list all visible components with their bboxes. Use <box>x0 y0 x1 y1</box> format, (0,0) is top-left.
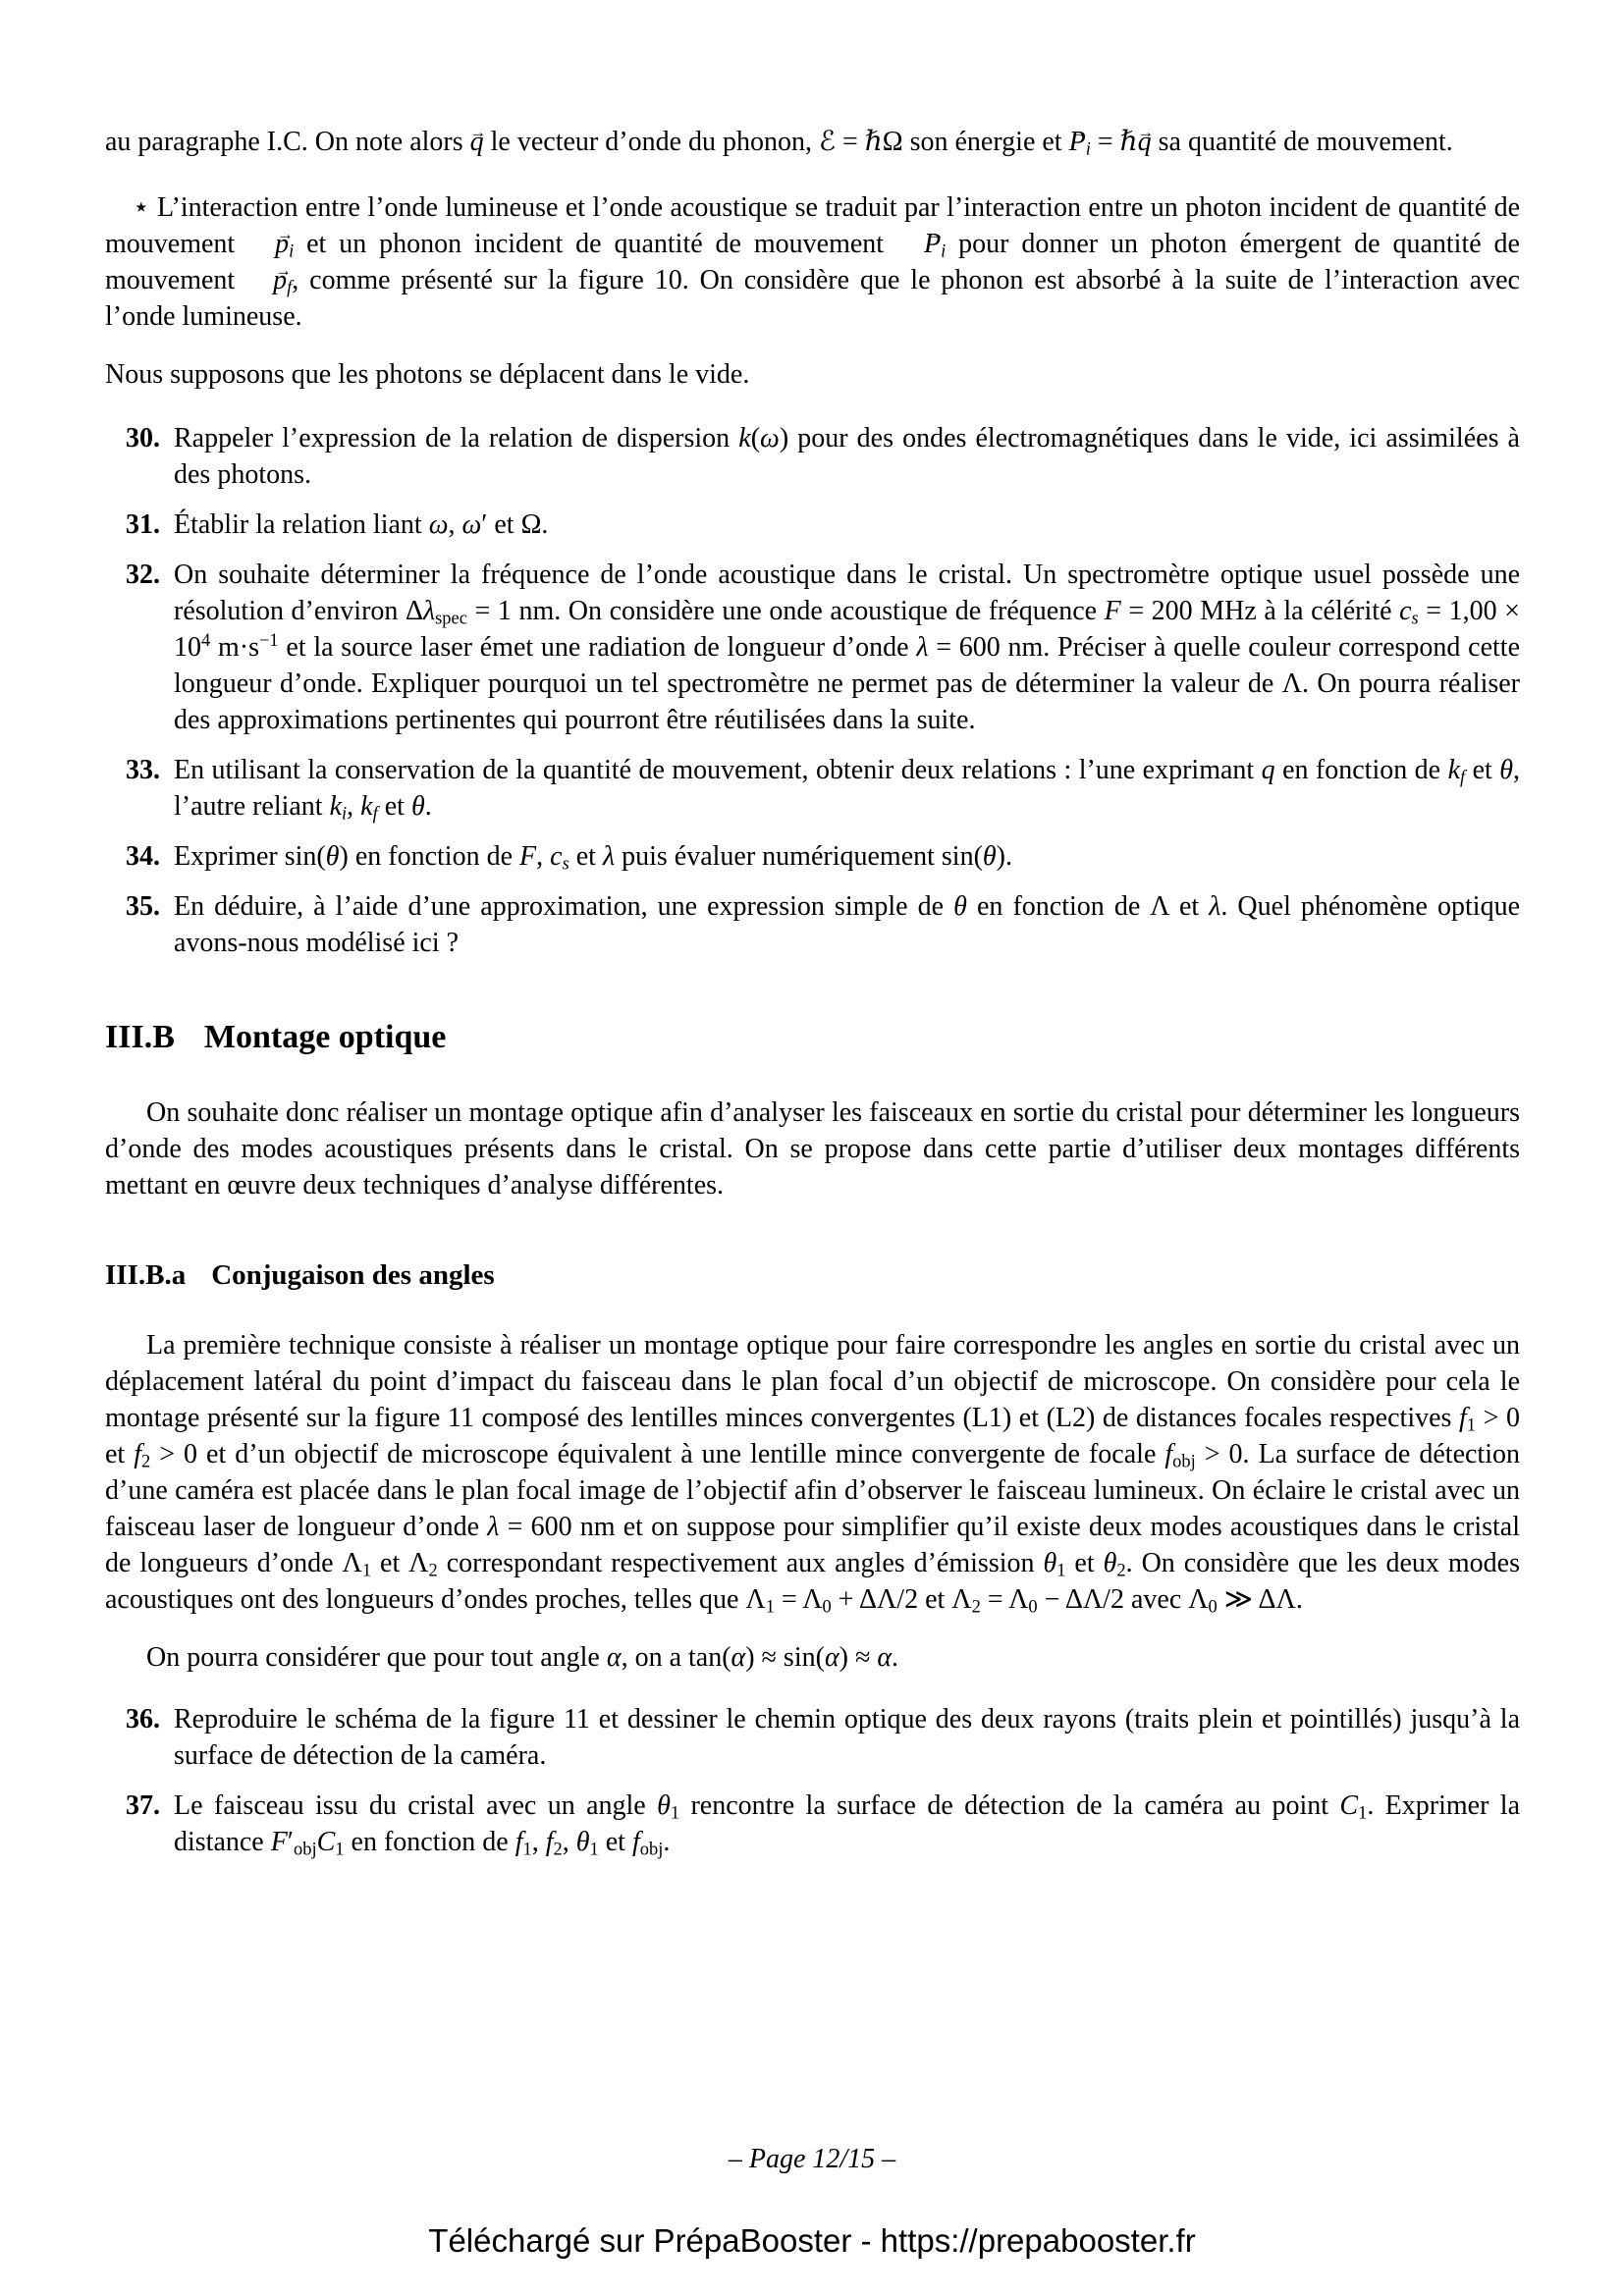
question-33-text: En utilisant la conservation de la quant… <box>174 755 1520 822</box>
question-list-30-35: 30. Rappeler l’expression de la relation… <box>105 420 1520 961</box>
question-32-number: 32. <box>105 557 160 593</box>
question-35-number: 35. <box>105 888 160 925</box>
intro-paragraph: au paragraphe I.C. On note alors q le ve… <box>105 124 1520 160</box>
section-heading-iiib: III.BMontage optique <box>105 1018 1520 1057</box>
question-36-number: 36. <box>105 1701 160 1737</box>
question-37-number: 37. <box>105 1788 160 1824</box>
question-37: 37. Le faisceau issu du cristal avec un … <box>105 1788 1520 1860</box>
subsection-number: III.B.a <box>105 1259 186 1291</box>
subsection-title: Conjugaison des angles <box>211 1259 494 1291</box>
question-36: 36. Reproduire le schéma de la figure 11… <box>105 1701 1520 1774</box>
subsection-iiiba-paragraph: La première technique consiste à réalise… <box>105 1327 1520 1618</box>
exam-document-page: au paragraphe I.C. On note alors q le ve… <box>0 0 1624 2296</box>
section-iiib-paragraph: On souhaite donc réaliser un montage opt… <box>105 1095 1520 1203</box>
approximation-note: On pourra considérer que pour tout angle… <box>105 1639 1520 1676</box>
question-30-text: Rappeler l’expression de la relation de … <box>174 423 1520 490</box>
question-34-number: 34. <box>105 838 160 875</box>
question-31-number: 31. <box>105 507 160 543</box>
question-33-number: 33. <box>105 752 160 788</box>
section-title: Montage optique <box>204 1019 447 1055</box>
interaction-paragraph: ⋆ L’interaction entre l’onde lumineuse e… <box>105 189 1520 335</box>
question-32-text: On souhaite déterminer la fréquence de l… <box>174 560 1520 735</box>
question-34-text: Exprimer sin(θ) en fonction de F, cs et … <box>174 841 1012 872</box>
section-number: III.B <box>105 1019 175 1055</box>
question-35-text: En déduire, à l’aide d’une approximation… <box>174 891 1520 958</box>
download-notice-link[interactable]: Téléchargé sur PrépaBooster - https://pr… <box>0 2222 1624 2260</box>
subsection-heading-iiiba: III.B.aConjugaison des angles <box>105 1258 1520 1292</box>
question-32: 32. On souhaite déterminer la fréquence … <box>105 557 1520 738</box>
question-30-number: 30. <box>105 420 160 456</box>
question-list-36-37: 36. Reproduire le schéma de la figure 11… <box>105 1701 1520 1860</box>
page-number: – Page 12/15 – <box>0 2144 1624 2175</box>
assumption-paragraph: Nous supposons que les photons se déplac… <box>105 356 1520 393</box>
question-30: 30. Rappeler l’expression de la relation… <box>105 420 1520 493</box>
question-36-text: Reproduire le schéma de la figure 11 et … <box>174 1704 1520 1771</box>
question-33: 33. En utilisant la conservation de la q… <box>105 752 1520 825</box>
question-31-text: Établir la relation liant ω, ω′ et Ω. <box>174 509 548 540</box>
question-35: 35. En déduire, à l’aide d’une approxima… <box>105 888 1520 961</box>
question-37-text: Le faisceau issu du cristal avec un angl… <box>174 1790 1520 1857</box>
page-content: au paragraphe I.C. On note alors q le ve… <box>105 124 1520 1860</box>
question-34: 34. Exprimer sin(θ) en fonction de F, cs… <box>105 838 1520 875</box>
question-31: 31. Établir la relation liant ω, ω′ et Ω… <box>105 507 1520 543</box>
